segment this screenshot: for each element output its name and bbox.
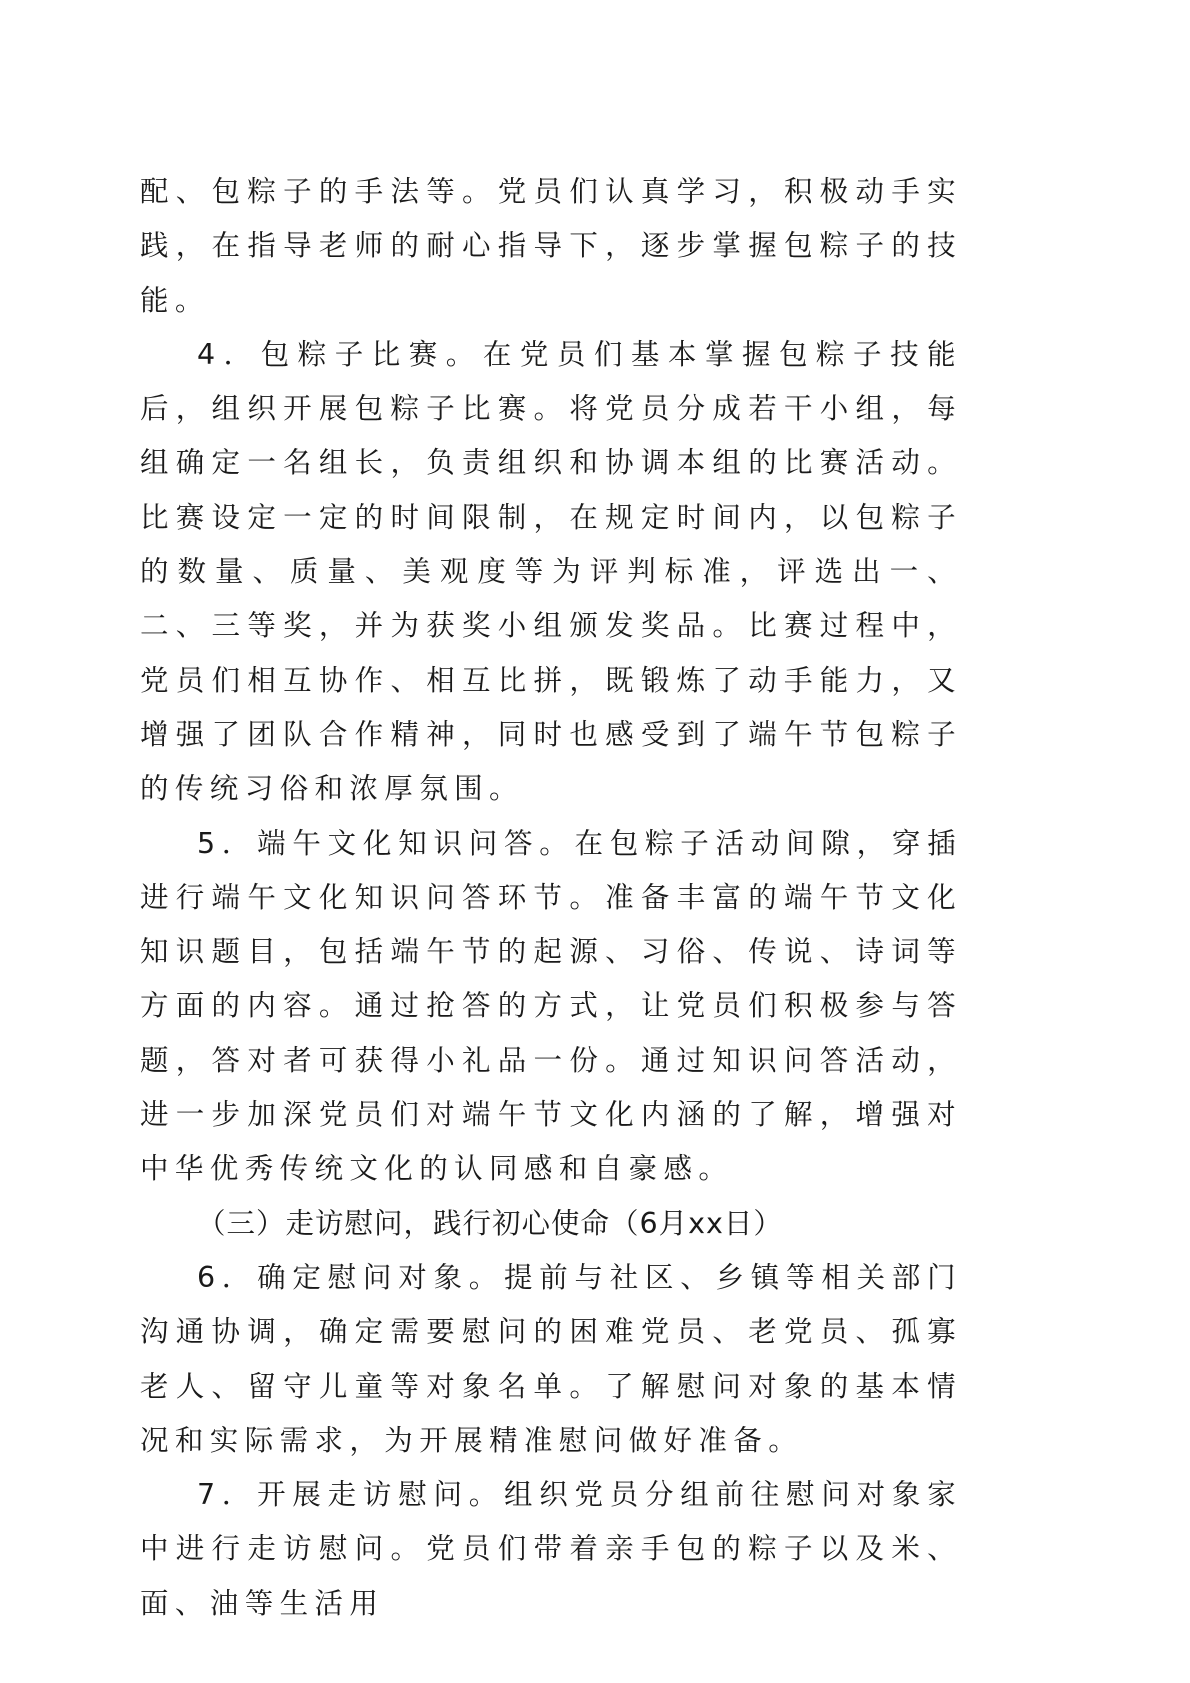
paragraph-continuation: 配、包粽子的手法等。党员们认真学习，积极动手实践，在指导老师的耐心指导下，逐步掌…: [140, 165, 962, 328]
paragraph-item-5-culture-quiz: 5．端午文化知识问答。在包粽子活动间隙，穿插进行端午文化知识问答环节。准备丰富的…: [140, 817, 962, 1197]
document-page: 配、包粽子的手法等。党员们认真学习，积极动手实践，在指导老师的耐心指导下，逐步掌…: [140, 165, 962, 1631]
paragraph-item-4-dumpling-contest: 4．包粽子比赛。在党员们基本掌握包粽子技能后，组织开展包粽子比赛。将党员分成若干…: [140, 328, 962, 817]
paragraph-item-6-determine-targets: 6．确定慰问对象。提前与社区、乡镇等相关部门沟通协调，确定需要慰问的困难党员、老…: [140, 1251, 962, 1468]
section-heading-visits: （三）走访慰问，践行初心使命（6月xx日）: [140, 1197, 962, 1251]
paragraph-item-7-conduct-visits: 7．开展走访慰问。组织党员分组前往慰问对象家中进行走访慰问。党员们带着亲手包的粽…: [140, 1468, 962, 1631]
